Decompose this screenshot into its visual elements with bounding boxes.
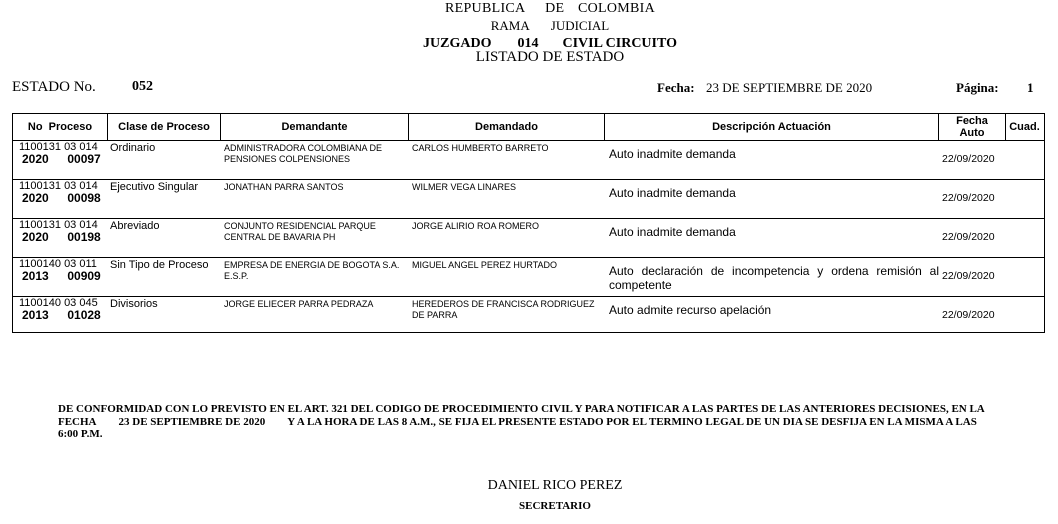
pagina-label: Página:	[956, 80, 999, 96]
table-row: 1100131 03 0142020 00098Ejecutivo Singul…	[13, 180, 1044, 219]
table-header: No Proceso Clase de Proceso Demandante D…	[13, 114, 1044, 141]
fecha-auto: 22/09/2020	[942, 192, 995, 204]
column-header-demandado: Demandado	[409, 114, 605, 140]
descripcion-actuacion: Auto declaración de incompetencia y orde…	[609, 264, 939, 292]
proceso-year-number: 2013 01028	[22, 309, 101, 321]
notice-date: 23 DE SEPTIEMBRE DE 2020	[119, 416, 266, 428]
table-row: 1100131 03 0142020 00198AbreviadoCONJUNT…	[13, 219, 1044, 258]
document-title: LISTADO DE ESTADO	[0, 49, 1058, 66]
signer-name: DANIEL RICO PEREZ	[0, 478, 1058, 494]
pagina-value: 1	[1027, 80, 1034, 96]
clase-proceso: Ordinario	[110, 142, 155, 154]
clase-proceso: Ejecutivo Singular	[110, 181, 198, 193]
table-row: 1100131 03 0142020 00097OrdinarioADMINIS…	[13, 141, 1044, 180]
estado-label: ESTADO No.	[12, 79, 96, 96]
demandado: HEREDEROS DE FRANCISCA RODRIGUEZ DE PARR…	[412, 299, 602, 321]
demandante: CONJUNTO RESIDENCIAL PARQUE CENTRAL DE B…	[224, 221, 419, 243]
branch-heading: RAMA JUDICIAL	[0, 18, 1058, 34]
demandado: JORGE ALIRIO ROA ROMERO	[412, 221, 602, 232]
column-header-demandante: Demandante	[221, 114, 409, 140]
clase-proceso: Divisorios	[110, 298, 158, 310]
proceso-year-number: 2020 00098	[22, 192, 101, 204]
demandado: CARLOS HUMBERTO BARRETO	[412, 143, 602, 154]
demandado: MIGUEL ANGEL PEREZ HURTADO	[412, 260, 602, 271]
proceso-year-number: 2020 00097	[22, 153, 101, 165]
descripcion-actuacion: Auto inadmite demanda	[609, 225, 939, 239]
legal-notice: DE CONFORMIDAD CON LO PREVISTO EN EL ART…	[58, 403, 998, 441]
column-header-fecha-auto: Fecha Auto	[939, 114, 1006, 140]
descripcion-actuacion: Auto admite recurso apelación	[609, 303, 939, 317]
demandante: ADMINISTRADORA COLOMBIANA DE PENSIONES C…	[224, 143, 419, 165]
descripcion-actuacion: Auto inadmite demanda	[609, 186, 939, 200]
proceso-year-number: 2020 00198	[22, 231, 101, 243]
proceso-year-number: 2013 00909	[22, 270, 101, 282]
column-header-cuad: Cuad.	[1006, 114, 1043, 140]
demandante: JONATHAN PARRA SANTOS	[224, 182, 419, 193]
fecha-auto: 22/09/2020	[942, 153, 995, 165]
column-header-no-proceso: No Proceso	[13, 114, 108, 140]
fecha-label: Fecha:	[657, 80, 695, 96]
descripcion-actuacion: Auto inadmite demanda	[609, 147, 939, 161]
clase-proceso: Sin Tipo de Proceso	[110, 259, 208, 271]
table-row: 1100140 03 0112013 00909Sin Tipo de Proc…	[13, 258, 1044, 297]
table-row: 1100140 03 0452013 01028DivisoriosJORGE …	[13, 297, 1044, 336]
estado-number: 052	[132, 79, 153, 95]
signer-role: SECRETARIO	[0, 500, 1058, 512]
fecha-value: 23 DE SEPTIEMBRE DE 2020	[706, 80, 872, 96]
column-header-descripcion: Descripción Actuación	[605, 114, 939, 140]
demandante: JORGE ELIECER PARRA PEDRAZA	[224, 299, 419, 310]
demandante: EMPRESA DE ENERGIA DE BOGOTA S.A. E.S.P.	[224, 260, 419, 282]
country-heading: REPUBLICA DE COLOMBIA	[0, 1, 1058, 17]
clase-proceso: Abreviado	[110, 220, 160, 232]
fecha-auto: 22/09/2020	[942, 231, 995, 243]
demandado: WILMER VEGA LINARES	[412, 182, 602, 193]
fecha-auto: 22/09/2020	[942, 270, 995, 282]
fecha-auto: 22/09/2020	[942, 309, 995, 321]
estado-table: No Proceso Clase de Proceso Demandante D…	[12, 113, 1045, 333]
column-header-clase: Clase de Proceso	[108, 114, 221, 140]
